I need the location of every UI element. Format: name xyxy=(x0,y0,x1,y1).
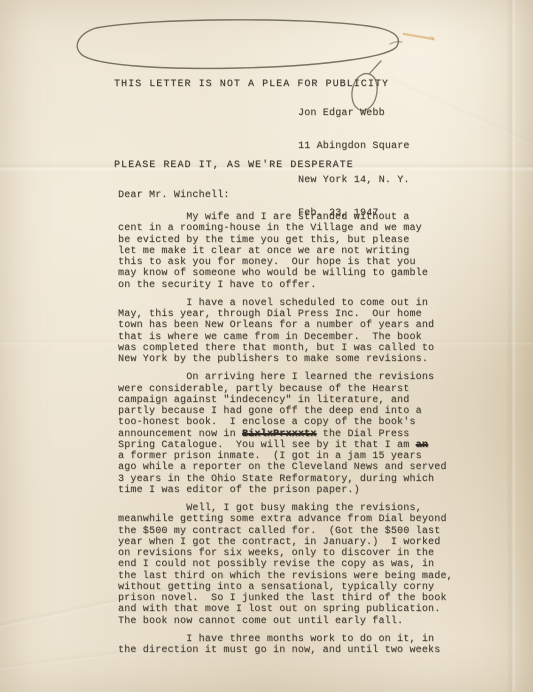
letter-line: be evicted by the time you get this, but… xyxy=(118,235,453,246)
paragraph: I have three months work to do on it, in… xyxy=(118,634,453,657)
letter-line: was completed there that month, but I wa… xyxy=(118,343,453,354)
letter-text: cent in a rooming-house in the Village a… xyxy=(118,223,422,234)
letter-line: I have three months work to do on it, in xyxy=(118,634,453,645)
letter-line: the $500 my contract called for. (Got th… xyxy=(118,526,453,537)
fold-crease-vertical xyxy=(506,0,516,692)
letter-text: the last third on which the revisions we… xyxy=(118,571,453,582)
letter-text: The book now cannot come out until early… xyxy=(118,616,403,627)
letter-text: that is where we came from in December. … xyxy=(118,332,422,343)
letter-line: end I could not possibly revise the copy… xyxy=(118,559,453,570)
letter-text: this to ask you for money. Our hope is t… xyxy=(118,257,416,268)
letter-text: Spring Catalogue. You will see by it tha… xyxy=(118,440,416,451)
letter-text: time I was editor of the prison paper.) xyxy=(118,485,360,496)
sender-city: New York 14, N. Y. xyxy=(298,175,410,186)
letter-line: the direction it must go in now, and unt… xyxy=(118,645,453,656)
letter-text: I have a novel scheduled to come out in xyxy=(118,298,428,309)
letter-line: New York by the publishers to make some … xyxy=(118,354,453,365)
letter-line: announcement now in BixlxPrxxxtx the Dia… xyxy=(118,429,453,440)
letter-text: were considerable, partly because of the… xyxy=(118,384,409,395)
letter-page: THIS LETTER IS NOT A PLEA FOR PUBLICITY … xyxy=(0,0,533,692)
letter-text: on revisions for six weeks, only to disc… xyxy=(118,548,434,559)
letter-text: New York by the publishers to make some … xyxy=(118,354,428,365)
letter-text: without getting into a sensational, typi… xyxy=(118,582,434,593)
wrinkle-top-right xyxy=(388,76,533,173)
letter-text: announcement now in xyxy=(118,429,242,440)
letter-line: meanwhile getting some extra advance fro… xyxy=(118,514,453,525)
letter-line: My wife and I are stranded without a xyxy=(118,212,453,223)
letter-line: that is where we came from in December. … xyxy=(118,332,453,343)
letter-text: campaign against "indecency" in literatu… xyxy=(118,395,409,406)
struck-out-text: BixlxPrxxxtx xyxy=(242,429,316,440)
letter-line: cent in a rooming-house in the Village a… xyxy=(118,223,453,234)
letter-text: too-honest book. I enclose a copy of the… xyxy=(118,417,416,428)
letter-line: may know of someone who would be willing… xyxy=(118,268,453,279)
salutation: Dear Mr. Winchell: xyxy=(118,190,230,201)
letter-line: and with that move I lost out on spring … xyxy=(118,604,453,615)
letter-line: 3 years in the Ohio State Reformatory, d… xyxy=(118,474,453,485)
letter-text: year when I got the contract, in January… xyxy=(118,537,440,548)
letter-line: campaign against "indecency" in literatu… xyxy=(118,395,453,406)
letter-text: Well, I got busy making the revisions, xyxy=(118,503,422,514)
letter-line: too-honest book. I enclose a copy of the… xyxy=(118,417,453,428)
letter-line: on revisions for six weeks, only to disc… xyxy=(118,548,453,559)
letter-line: prison novel. So I junked the last third… xyxy=(118,593,453,604)
letter-line: a former prison inmate. (I got in a jam … xyxy=(118,451,453,462)
letter-text: the Dial Press xyxy=(316,429,409,440)
letter-text: let me make it clear at once we are not … xyxy=(118,246,409,257)
sender-name: Jon Edgar Webb xyxy=(298,108,410,119)
letter-text: be evicted by the time you get this, but… xyxy=(118,235,409,246)
letter-line: Well, I got busy making the revisions, xyxy=(118,503,453,514)
letter-text: May, this year, through Dial Press Inc. … xyxy=(118,309,422,320)
letter-text: On arriving here I learned the revisions xyxy=(118,372,434,383)
letter-text: meanwhile getting some extra advance fro… xyxy=(118,514,447,525)
letter-line: on the security I have to offer. xyxy=(118,280,453,291)
letter-line: May, this year, through Dial Press Inc. … xyxy=(118,309,453,320)
letter-line: were considerable, partly because of the… xyxy=(118,384,453,395)
letter-line: The book now cannot come out until early… xyxy=(118,616,453,627)
letter-line: partly because I had gone off the deep e… xyxy=(118,406,453,417)
letter-text: I have three months work to do on it, in xyxy=(118,634,434,645)
letter-text: ago while a reporter on the Cleveland Ne… xyxy=(118,462,447,473)
letter-line: I have a novel scheduled to come out in xyxy=(118,298,453,309)
letter-line: Spring Catalogue. You will see by it tha… xyxy=(118,440,453,451)
letter-text: a former prison inmate. (I got in a jam … xyxy=(118,451,422,462)
letter-line: let me make it clear at once we are not … xyxy=(118,246,453,257)
letter-text: prison novel. So I junked the last third… xyxy=(118,593,447,604)
letter-line: time I was editor of the prison paper.) xyxy=(118,485,453,496)
letter-line: ago while a reporter on the Cleveland Ne… xyxy=(118,462,453,473)
pencil-smudge-mark xyxy=(404,34,434,40)
letter-line: the last third on which the revisions we… xyxy=(118,571,453,582)
letter-text: partly because I had gone off the deep e… xyxy=(118,406,422,417)
letter-text: town has been New Orleans for a number o… xyxy=(118,320,434,331)
letter-text: the direction it must go in now, and unt… xyxy=(118,645,440,656)
letter-line: this to ask you for money. Our hope is t… xyxy=(118,257,453,268)
letter-line: year when I got the contract, in January… xyxy=(118,537,453,548)
letter-text: and with that move I lost out on spring … xyxy=(118,604,440,615)
letter-text: the $500 my contract called for. (Got th… xyxy=(118,526,440,537)
sender-street: 11 Abingdon Square xyxy=(298,141,410,152)
letter-line: town has been New Orleans for a number o… xyxy=(118,320,453,331)
letter-text: may know of someone who would be willing… xyxy=(118,268,428,279)
letter-text: end I could not possibly revise the copy… xyxy=(118,559,434,570)
letter-text: 3 years in the Ohio State Reformatory, d… xyxy=(118,474,434,485)
letter-text: My wife and I are stranded without a xyxy=(118,212,409,223)
letter-line: without getting into a sensational, typi… xyxy=(118,582,453,593)
paragraph: I have a novel scheduled to come out inM… xyxy=(118,298,453,366)
paragraph: My wife and I are stranded without acent… xyxy=(118,212,453,291)
letter-body: My wife and I are stranded without acent… xyxy=(118,212,453,663)
letter-text: was completed there that month, but I wa… xyxy=(118,343,434,354)
struck-out-text: an xyxy=(416,440,428,451)
paragraph: Well, I got busy making the revisions,me… xyxy=(118,503,453,627)
paragraph: On arriving here I learned the revisions… xyxy=(118,372,453,496)
letter-line: On arriving here I learned the revisions xyxy=(118,372,453,383)
letter-text: on the security I have to offer. xyxy=(118,280,316,291)
